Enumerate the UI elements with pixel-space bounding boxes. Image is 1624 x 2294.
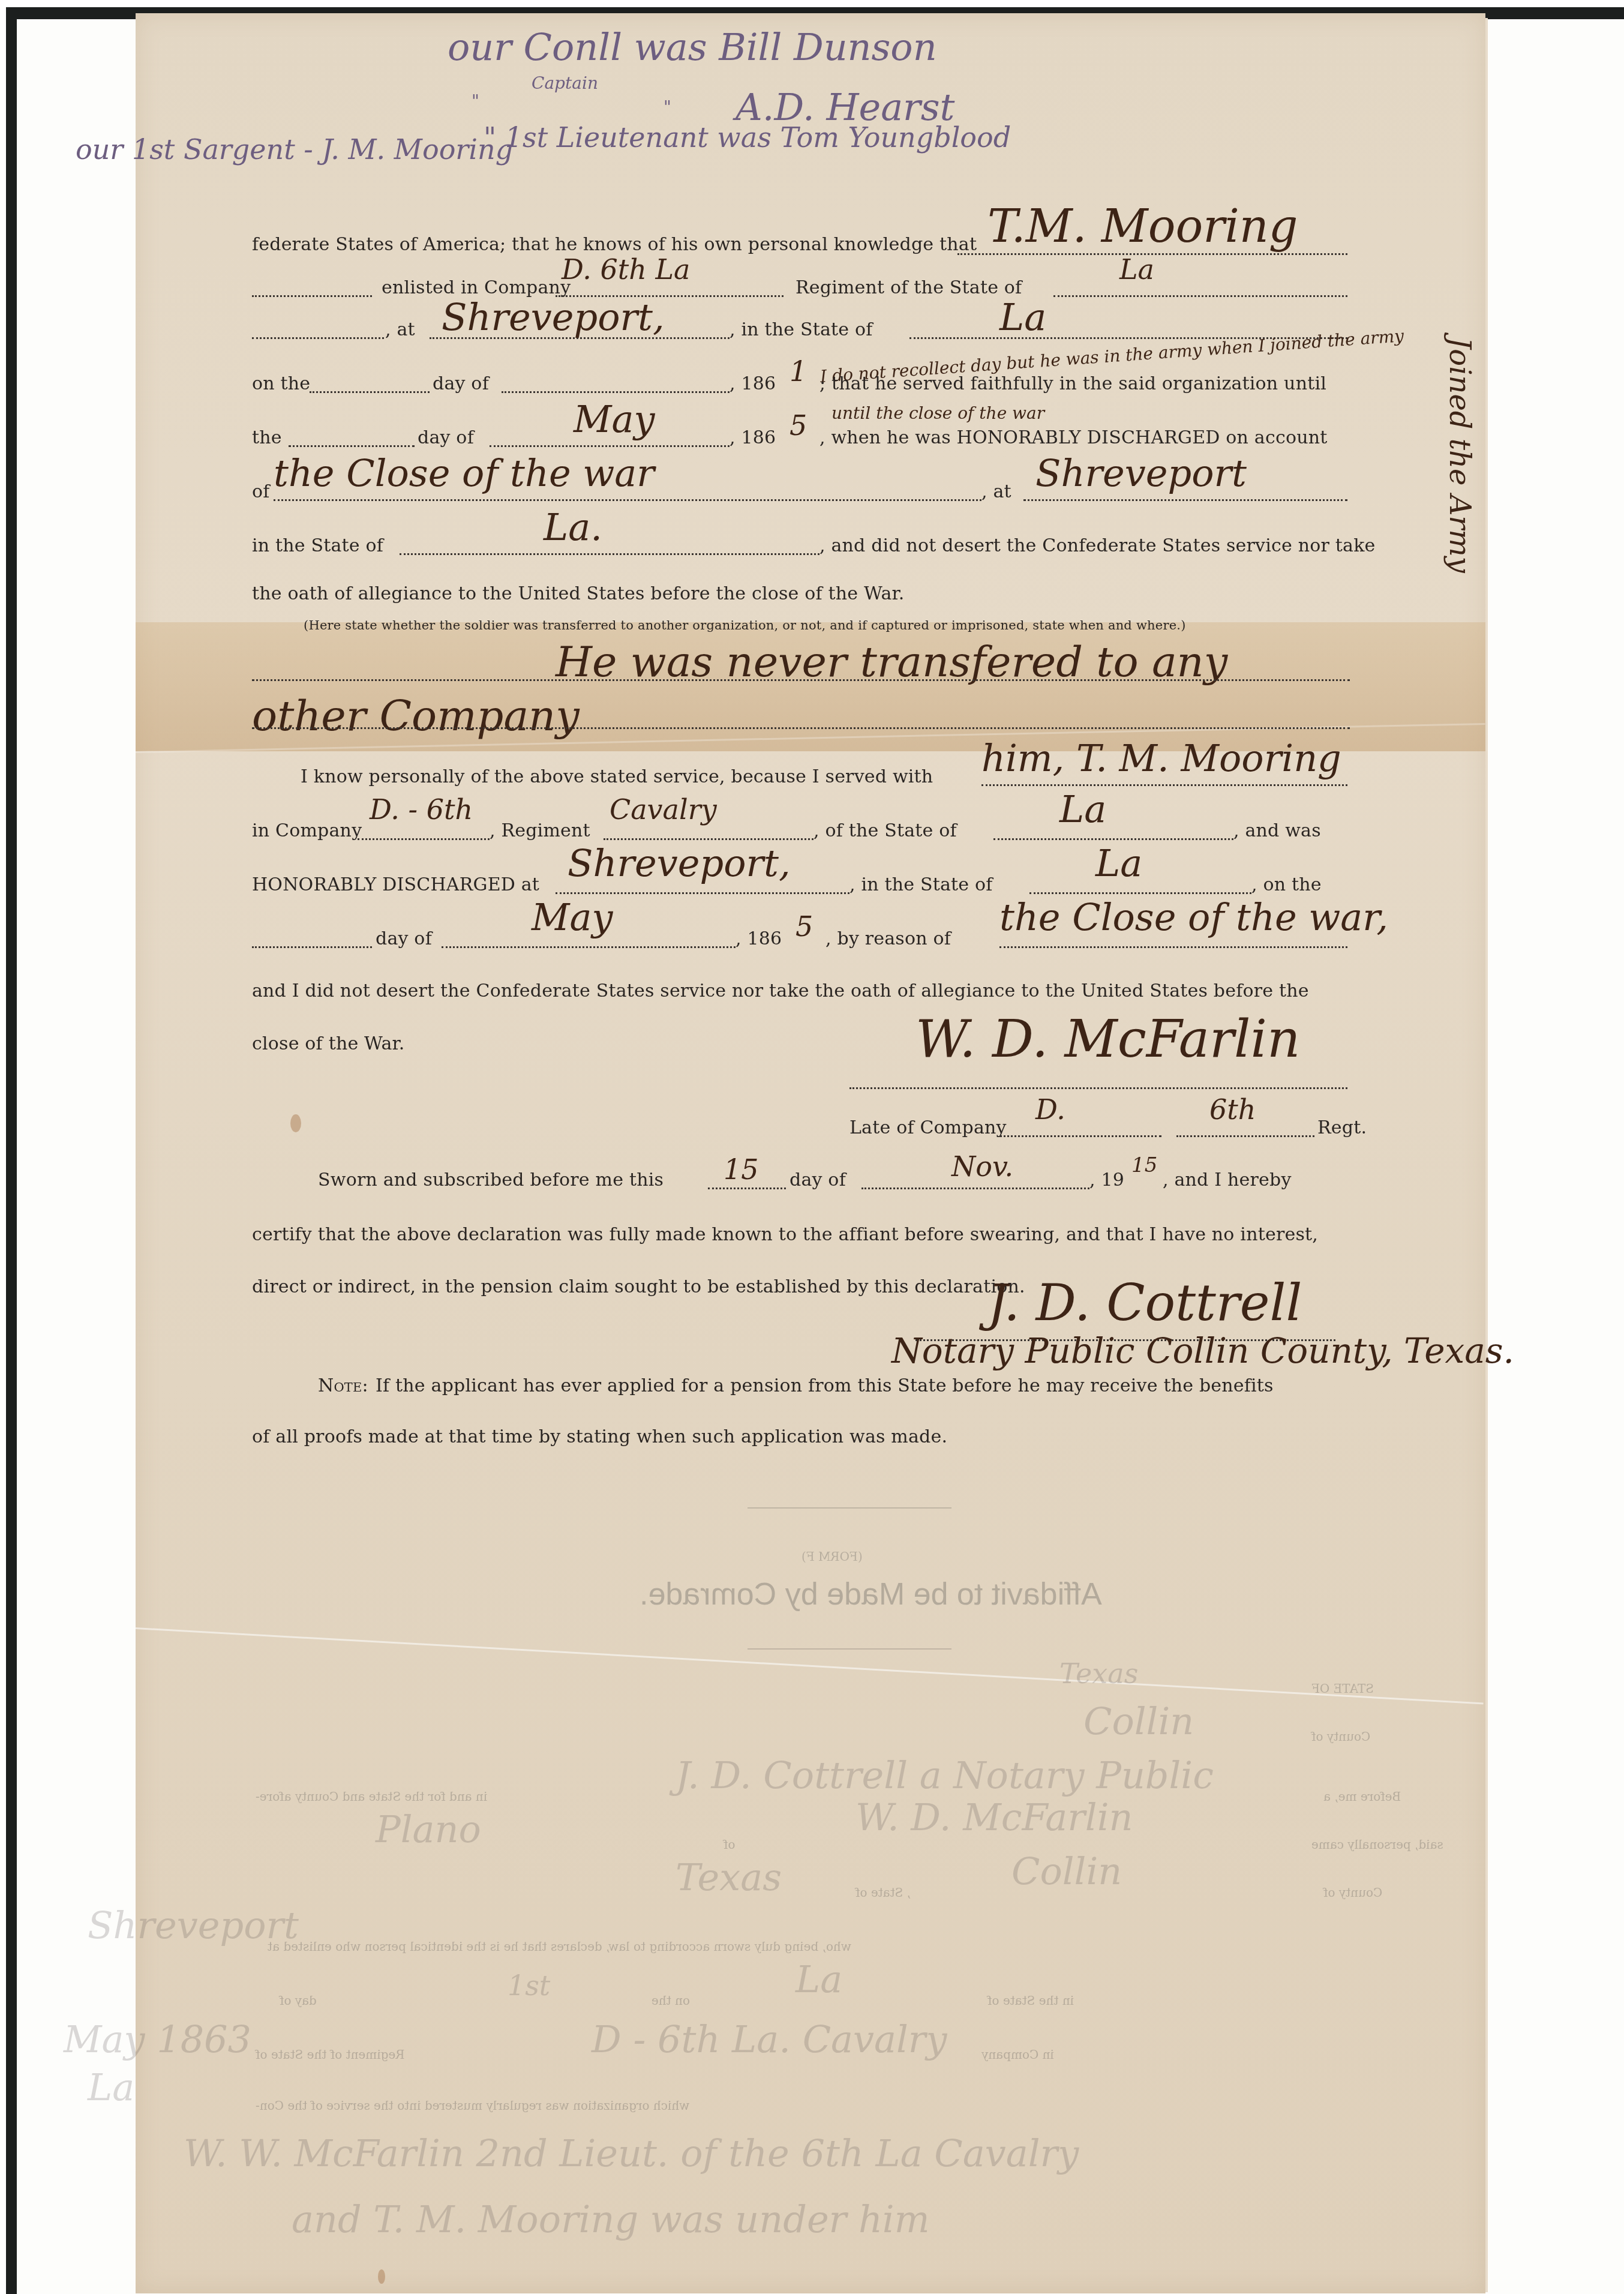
- blank-line: [252, 727, 1350, 729]
- text-in-state-of: in the State of: [252, 535, 383, 556]
- faded-hand-bottom-note-cont: and T. M. Mooring was under him: [292, 2197, 929, 2241]
- hand-insert-until: until the close of the war: [831, 403, 1044, 423]
- text-close-of-war: close of the War.: [252, 1033, 405, 1054]
- faded-before-me-rest: in and for the State and County afore-: [256, 1789, 487, 1804]
- hand-jurat-month: Nov.: [951, 1150, 1013, 1183]
- faded-hand-of: Plano: [376, 1807, 481, 1851]
- blank-line: [1029, 892, 1251, 894]
- text-day-of: day of: [433, 373, 489, 394]
- text-direct-indirect: direct or indirect, in the pension claim…: [252, 1276, 1025, 1297]
- text-year-prefix: , 19: [1089, 1170, 1124, 1191]
- faded-rule: [748, 1507, 951, 1509]
- hand-late-company: D.: [1035, 1093, 1065, 1126]
- text-in-company: in Company: [252, 820, 362, 841]
- blank-line: [490, 445, 730, 447]
- hand-discharge-reason: the Close of the war: [274, 451, 655, 495]
- faded-organization: which organization was regularly mustere…: [256, 2098, 689, 2113]
- hand-transfer-statement-cont: other Company: [252, 691, 580, 740]
- faded-title: Affidavit to be Made by Comrade.: [640, 1576, 1102, 1612]
- hand-soldier-name: T.M. Mooring: [987, 199, 1298, 253]
- faded-regiment-label: Regiment of the State of: [256, 2047, 404, 2062]
- hand-state: La: [1119, 253, 1154, 286]
- note-text: If the applicant has ever applied for a …: [376, 1375, 1274, 1396]
- text-personal-knowledge: federate States of America; that he know…: [252, 234, 977, 255]
- hand-discharge-place: Shreveport: [1035, 451, 1247, 495]
- hand-discharge-month: May: [574, 397, 655, 441]
- faded-hand-month: May 1863: [64, 2017, 251, 2061]
- blank-line: [310, 391, 430, 393]
- faded-of: of: [724, 1837, 735, 1852]
- text-know-personally: I know personally of the above stated se…: [301, 766, 933, 787]
- text-in-state-of: , in the State of: [849, 874, 993, 895]
- document-page: our Conll was Bill Dunson " Captain " A.…: [136, 13, 1485, 2293]
- faded-hand-bottom-note: W. W. McFarlin 2nd Lieut. of the 6th La …: [184, 2131, 1079, 2175]
- blank-line: [861, 1188, 1089, 1189]
- blank-line: [1176, 1135, 1314, 1137]
- hand-discharge-month: May: [532, 895, 613, 939]
- ink-stain: [378, 2269, 385, 2284]
- blank-line: [999, 946, 1347, 948]
- note-label: Note:: [318, 1375, 368, 1396]
- scanner-frame-left: [6, 7, 17, 2294]
- hand-served-with: him, T. M. Mooring: [981, 736, 1341, 780]
- faded-hand-before-me: J. D. Cottrell a Notary Public: [676, 1753, 1214, 1797]
- pencil-note-colonel: our Conll was Bill Dunson: [448, 25, 937, 69]
- blank-line: [400, 553, 819, 555]
- text-day-of: day of: [376, 928, 432, 949]
- hand-company: D. 6th La: [562, 253, 690, 286]
- faded-rule: [748, 1648, 951, 1650]
- notary-signature: J. D. Cottrell: [987, 1273, 1302, 1332]
- hand-enlist-state: La: [999, 295, 1046, 339]
- text-regt: Regt.: [1317, 1117, 1367, 1138]
- text-certify: certify that the above declaration was f…: [252, 1224, 1318, 1245]
- faded-hand-county: Collin: [1083, 1699, 1194, 1743]
- text-year-prefix: , 186: [736, 928, 782, 949]
- faded-county-line: County of: [1323, 1885, 1382, 1900]
- hand-regiment: Cavalry: [610, 793, 717, 826]
- hand-late-regt: 6th: [1209, 1093, 1256, 1126]
- paper-crease: [136, 1627, 1484, 1705]
- faded-hand-state-line: Texas: [676, 1855, 782, 1899]
- text-oath-allegiance: the oath of allegiance to the United Sta…: [252, 583, 905, 604]
- text-day-of: day of: [790, 1170, 846, 1191]
- hand-discharge-place: Shreveport,: [568, 841, 791, 885]
- faded-state-line: , State of: [855, 1885, 911, 1900]
- blank-line: [604, 838, 813, 840]
- text-on-the: on the: [252, 373, 310, 394]
- blank-line: [1053, 295, 1347, 297]
- blank-line: [358, 838, 490, 840]
- faded-day-of: day of: [280, 1993, 317, 2008]
- hand-company: D. - 6th: [370, 793, 473, 826]
- hand-discharge-year: 5: [790, 409, 807, 442]
- text-served-faithfully: ; that he served faithfully in the said …: [819, 373, 1326, 394]
- text-and-i-hereby: , and I hereby: [1163, 1170, 1292, 1191]
- hand-jurat-day: 15: [724, 1153, 759, 1186]
- faded-hand-enlisted-at: Shreveport: [88, 1903, 299, 1947]
- blank-line: [556, 892, 849, 894]
- text-the: the: [252, 427, 282, 448]
- note-text-cont: of all proofs made at that time by stati…: [252, 1426, 947, 1447]
- blank-line: [999, 1135, 1161, 1137]
- blank-line: [993, 838, 1233, 840]
- ink-stain: [290, 1114, 301, 1132]
- hand-margin-note: Joined the Army: [1443, 337, 1476, 573]
- text-in-state-of: , in the State of: [730, 319, 873, 340]
- faded-on-the: on the: [652, 1993, 690, 2008]
- blank-line: [252, 679, 1350, 681]
- text-of: of: [252, 481, 270, 502]
- hand-discharge-reason: the Close of the war,: [999, 895, 1388, 939]
- pencil-note-captain: Captain: [532, 73, 598, 93]
- blank-line: [708, 1188, 786, 1189]
- text-regiment: , Regiment: [490, 820, 590, 841]
- text-year-prefix: , 186: [730, 373, 776, 394]
- pencil-note-lieutenant: " 1st Lieutenant was Tom Youngblood: [484, 121, 1011, 154]
- text-honorably-discharged: , when he was HONORABLY DISCHARGED on ac…: [819, 427, 1327, 448]
- text-regiment-state: Regiment of the State of: [796, 277, 1022, 298]
- faded-form-label: (FORM F): [802, 1549, 863, 1564]
- blank-line: [252, 337, 384, 339]
- text-sworn-subscribed: Sworn and subscribed before me this: [318, 1170, 664, 1191]
- hand-jurat-year: 15: [1131, 1153, 1157, 1177]
- signature-line: [849, 1087, 1347, 1089]
- faded-state-of: STATE OF: [1311, 1681, 1374, 1696]
- blank-line: [274, 499, 981, 501]
- text-honorably-discharged-at: HONORABLY DISCHARGED at: [252, 874, 539, 895]
- text-did-not-desert: and I did not desert the Confederate Sta…: [252, 980, 1309, 1001]
- text-year-prefix: , 186: [730, 427, 776, 448]
- pencil-note-ditto: ": [664, 97, 671, 117]
- blank-line: [289, 445, 415, 447]
- faded-personally-came: said, personally came: [1311, 1837, 1443, 1852]
- blank-line: [442, 946, 736, 948]
- faded-in-company: in Company: [981, 2047, 1054, 2062]
- blank-line: [1023, 499, 1347, 501]
- blank-line: [252, 946, 372, 948]
- pencil-note-ditto: ": [472, 91, 479, 111]
- text-instruction: (Here state whether the soldier was tran…: [304, 618, 1186, 632]
- text-on-the: , on the: [1251, 874, 1322, 895]
- faded-hand-company: D - 6th La. Cavalry: [592, 2017, 947, 2061]
- faded-hand-affiant: W. D. McFarlin: [855, 1795, 1133, 1839]
- affiant-signature: W. D. McFarlin: [915, 1009, 1300, 1069]
- text-at: , at: [981, 481, 1011, 502]
- faded-county-of: County of: [1311, 1729, 1370, 1744]
- text-by-reason-of: , by reason of: [825, 928, 951, 949]
- faded-hand-state: Texas: [1059, 1657, 1138, 1690]
- faded-before-me: Before me, a: [1323, 1789, 1401, 1804]
- hand-year: 1: [790, 355, 807, 388]
- text-and-was: , and was: [1233, 820, 1321, 841]
- faded-in-state: in the State of: [987, 1993, 1074, 2008]
- hand-discharge-state: La.: [544, 505, 602, 549]
- hand-discharge-state: La: [1095, 841, 1142, 885]
- faded-hand-in-state: La: [796, 1957, 842, 2001]
- faded-hand-on-the: 1st: [508, 1969, 550, 2002]
- notary-title: Notary Public Collin County, Texas.: [891, 1330, 1514, 1371]
- blank-line: [981, 784, 1347, 786]
- text-day-of: day of: [418, 427, 474, 448]
- faded-hand-county-line: Collin: [1011, 1849, 1122, 1893]
- text-late-of-company: Late of Company: [849, 1117, 1007, 1138]
- pencil-note-sergeant: our 1st Sargent - J. M. Mooring: [76, 133, 513, 166]
- hand-enlist-place: Shreveport,: [442, 295, 665, 339]
- text-did-not-desert: , and did not desert the Confederate Sta…: [819, 535, 1375, 556]
- text-at: , at: [385, 319, 415, 340]
- faded-hand-regiment: La: [88, 2065, 134, 2109]
- hand-discharge-year: 5: [796, 910, 813, 943]
- blank-line: [502, 391, 730, 393]
- hand-state: La: [1059, 787, 1106, 831]
- text-of-state: , of the State of: [813, 820, 957, 841]
- blank-line: [252, 295, 372, 297]
- faded-sworn-line: who, being duly sworn according to law, …: [268, 1939, 851, 1954]
